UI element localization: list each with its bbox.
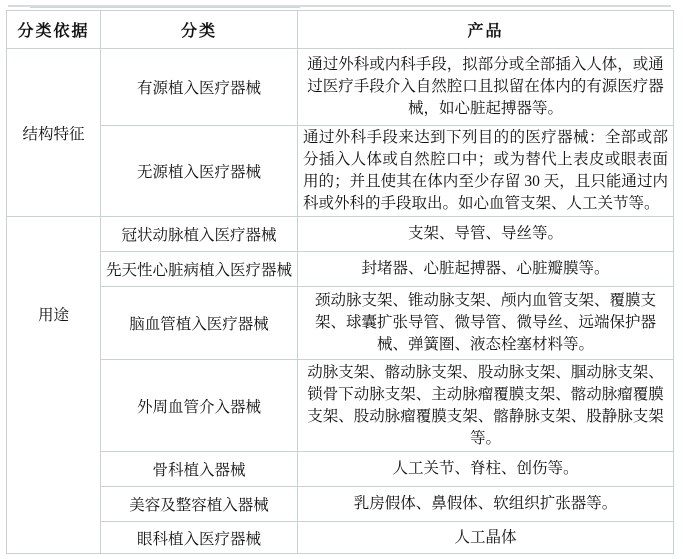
- header-products: 产品: [298, 11, 674, 49]
- row-congenital-heart: 先天性心脏病植入医疗器械 封堵器、心脏起搏器、心脏瓣膜等。: [7, 252, 674, 287]
- row-active-implant: 结构特征 有源植入医疗器械 通过外科或内科手段，拟部分或全部插入人体，或通过医疗…: [7, 49, 674, 126]
- category-cell-passive-implant: 无源植入医疗器械: [101, 126, 298, 217]
- products-cell-ophthalmic: 人工晶体: [298, 522, 674, 554]
- category-cell-ophthalmic: 眼科植入医疗器械: [101, 522, 298, 554]
- products-cell-cosmetic: 乳房假体、鼻假体、软组织扩张器等。: [298, 487, 674, 522]
- row-orthopedic: 骨科植入器械 人工关节、脊柱、创伤等。: [7, 452, 674, 487]
- products-cell-passive-implant: 通过外科手段来达到下列目的的医疗器械：全部或部分插入人体或自然腔口中；或为替代上…: [298, 126, 674, 217]
- category-cell-active-implant: 有源植入医疗器械: [101, 49, 298, 126]
- products-cell-coronary: 支架、导管、导丝等。: [298, 217, 674, 252]
- category-cell-coronary: 冠状动脉植入医疗器械: [101, 217, 298, 252]
- medical-device-classification-table: 分类依据 分类 产品 结构特征 有源植入医疗器械 通过外科或内科手段，拟部分或全…: [6, 10, 674, 554]
- row-coronary: 用途 冠状动脉植入医疗器械 支架、导管、导丝等。: [7, 217, 674, 252]
- category-cell-congenital-heart: 先天性心脏病植入医疗器械: [101, 252, 298, 287]
- products-cell-orthopedic: 人工关节、脊柱、创伤等。: [298, 452, 674, 487]
- products-cell-active-implant: 通过外科或内科手段，拟部分或全部插入人体，或通过医疗手段介入自然腔口且拟留在体内…: [298, 49, 674, 126]
- row-ophthalmic: 眼科植入医疗器械 人工晶体: [7, 522, 674, 554]
- header-row: 分类依据 分类 产品: [7, 11, 674, 49]
- products-cell-peripheral-vascular: 动脉支架、髂动脉支架、股动脉支架、腘动脉支架、锁骨下动脉支架、主动脉瘤覆膜支架、…: [298, 360, 674, 452]
- row-cerebrovascular: 脑血管植入医疗器械 颈动脉支架、锥动脉支架、颅内血管支架、覆膜支架、球囊扩张导管…: [7, 287, 674, 360]
- category-cell-cerebrovascular: 脑血管植入医疗器械: [101, 287, 298, 360]
- basis-cell-structure: 结构特征: [7, 49, 101, 217]
- row-cosmetic: 美容及整容植入器械 乳房假体、鼻假体、软组织扩张器等。: [7, 487, 674, 522]
- header-basis: 分类依据: [7, 11, 101, 49]
- category-cell-peripheral-vascular: 外周血管介入器械: [101, 360, 298, 452]
- products-cell-cerebrovascular: 颈动脉支架、锥动脉支架、颅内血管支架、覆膜支架、球囊扩张导管、微导管、微导丝、远…: [298, 287, 674, 360]
- header-category: 分类: [101, 11, 298, 49]
- page: 分类依据 分类 产品 结构特征 有源植入医疗器械 通过外科或内科手段，拟部分或全…: [0, 0, 683, 559]
- basis-cell-usage: 用途: [7, 217, 101, 554]
- row-passive-implant: 无源植入医疗器械 通过外科手段来达到下列目的的医疗器械：全部或部分插入人体或自然…: [7, 126, 674, 217]
- products-cell-congenital-heart: 封堵器、心脏起搏器、心脏瓣膜等。: [298, 252, 674, 287]
- category-cell-orthopedic: 骨科植入器械: [101, 452, 298, 487]
- top-divider-segment: [30, 7, 300, 8]
- row-peripheral-vascular: 外周血管介入器械 动脉支架、髂动脉支架、股动脉支架、腘动脉支架、锁骨下动脉支架、…: [7, 360, 674, 452]
- category-cell-cosmetic: 美容及整容植入器械: [101, 487, 298, 522]
